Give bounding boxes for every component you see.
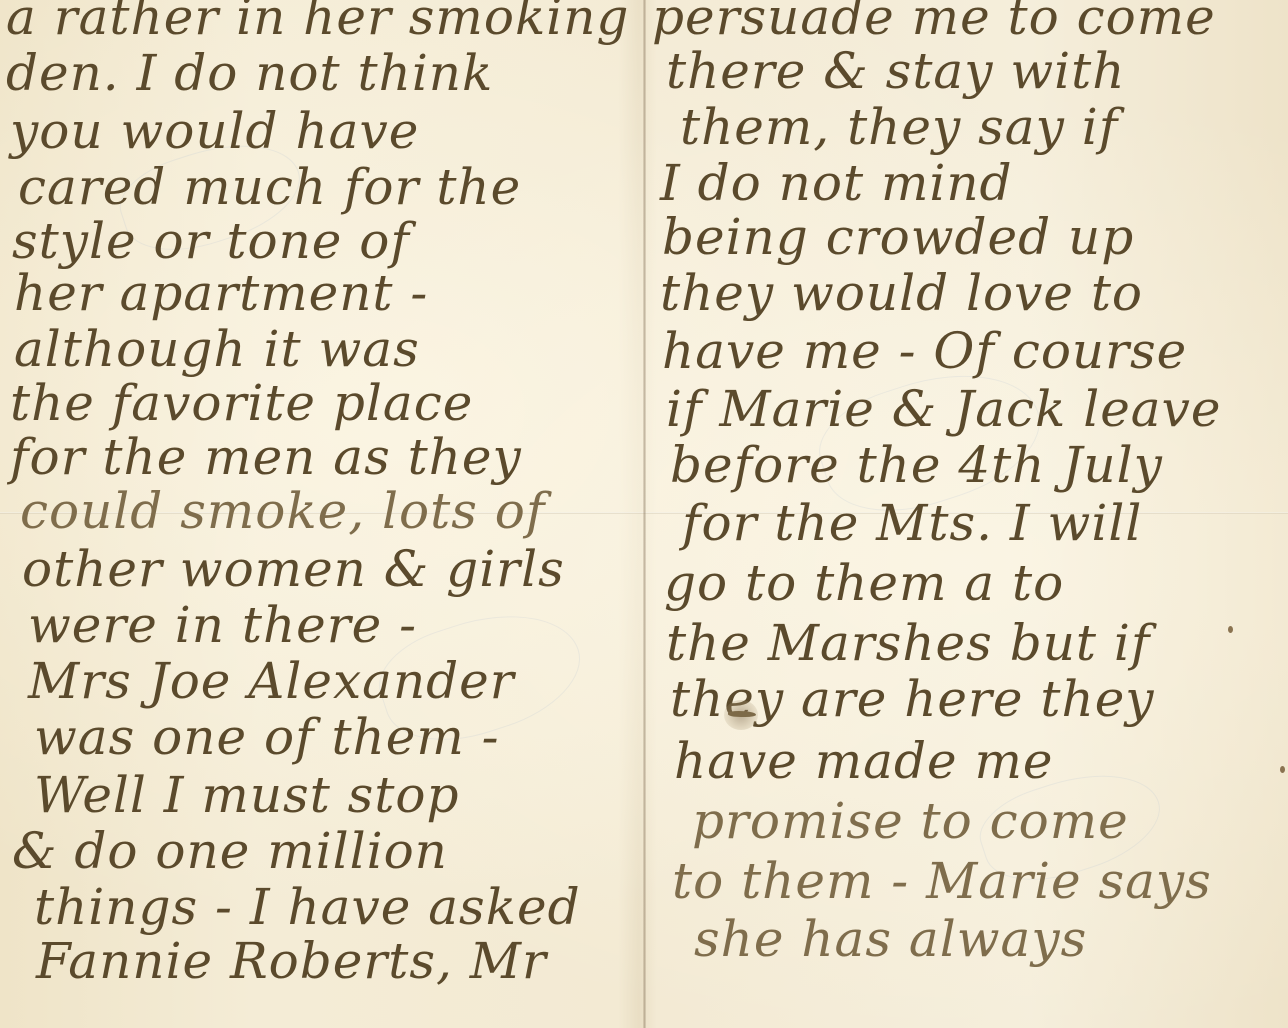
ink-speck: [1228, 626, 1233, 633]
letter-line: for the Mts. I will: [682, 492, 1142, 554]
letter-line: have me - Of course: [662, 320, 1187, 382]
letter-line: cared much for the: [18, 156, 521, 218]
letter-line: you would have: [10, 100, 419, 162]
letter-line: go to them a to: [664, 552, 1064, 614]
letter-line: promise to come: [692, 790, 1129, 852]
letter-line: for the men as they: [10, 426, 522, 488]
ink-blot: [724, 700, 758, 730]
letter-line: was one of them -: [34, 706, 500, 768]
letter-line: den. I do not think: [6, 42, 493, 104]
letter-spread: a rather in her smoking den. I do not th…: [0, 0, 1288, 1028]
letter-line: could smoke, lots of: [20, 480, 545, 542]
ink-speck: [1280, 766, 1285, 773]
letter-line: & do one million: [12, 820, 448, 882]
letter-line: being crowded up: [662, 206, 1134, 268]
letter-line: a rather in her smoking: [6, 0, 629, 48]
letter-line: I do not mind: [660, 152, 1013, 214]
right-page: persuade me to come there & stay with th…: [646, 0, 1288, 1028]
letter-line: she has always: [694, 908, 1087, 970]
letter-line: have made me: [674, 730, 1053, 792]
letter-line: were in there -: [28, 594, 417, 656]
letter-line: the Marshes but if: [666, 612, 1150, 674]
letter-line: her apartment -: [14, 262, 428, 324]
letter-line: things - I have asked: [34, 876, 581, 938]
letter-line: Fannie Roberts, Mr: [36, 930, 547, 992]
letter-line: they would love to: [660, 262, 1143, 324]
letter-line: although it was: [14, 318, 420, 380]
letter-line: there & stay with: [666, 40, 1125, 102]
letter-line: them, they say if: [680, 96, 1118, 158]
letter-line: if Marie & Jack leave: [666, 378, 1221, 440]
letter-line: Mrs Joe Alexander: [28, 650, 515, 712]
left-page: a rather in her smoking den. I do not th…: [0, 0, 646, 1028]
letter-line: to them - Marie says: [672, 850, 1212, 912]
letter-line: other women & girls: [22, 538, 565, 600]
letter-line: Well I must stop: [34, 764, 460, 826]
letter-line: the favorite place: [10, 372, 473, 434]
letter-line: before the 4th July: [670, 434, 1163, 496]
